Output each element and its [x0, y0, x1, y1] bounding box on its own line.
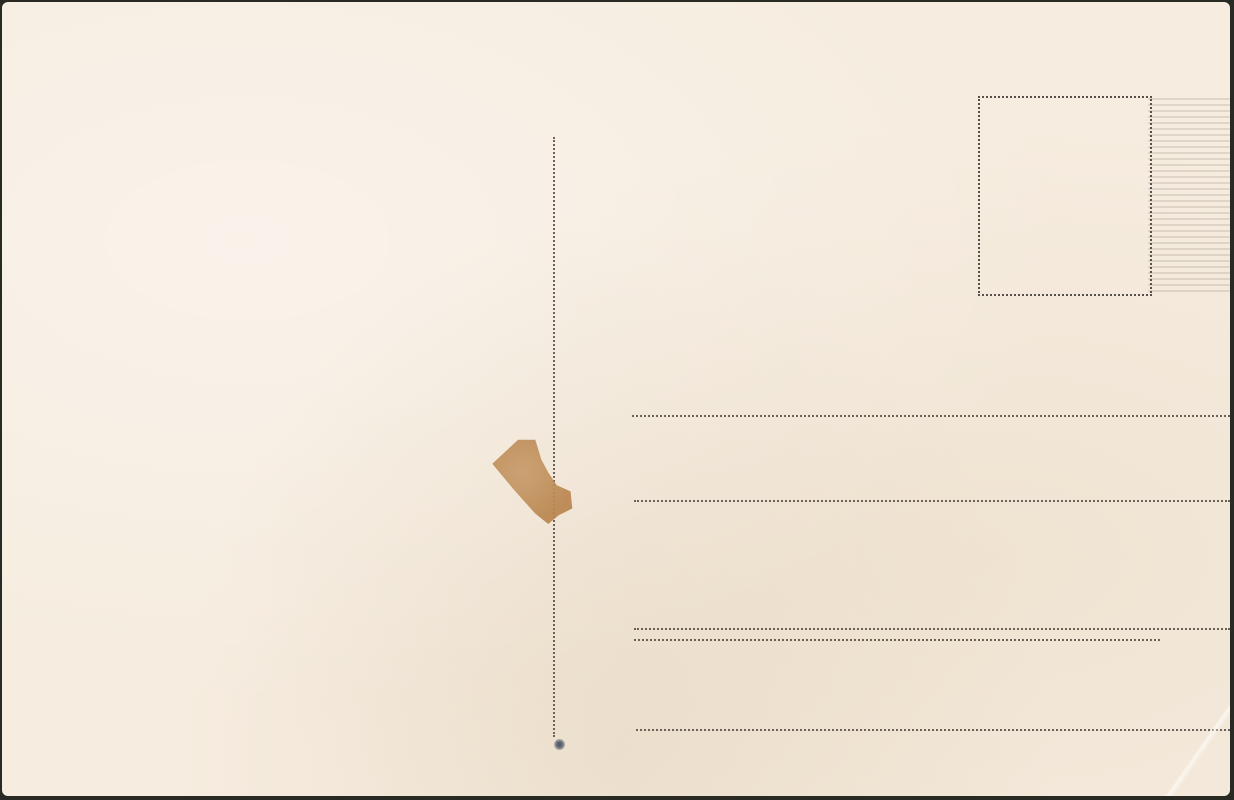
address-line-3: [634, 628, 1230, 630]
address-line-1: [632, 415, 1230, 417]
stamp-box-shading: [1148, 98, 1230, 292]
address-line-4: [634, 639, 1160, 641]
vertical-divider: [553, 137, 555, 737]
address-line-5: [636, 729, 1230, 731]
adhesive-stain: [488, 438, 574, 524]
corner-crease: [1150, 676, 1230, 796]
printer-mark-icon: [554, 739, 565, 750]
address-line-2: [634, 500, 1230, 502]
stamp-box: [978, 96, 1152, 296]
postcard-back: [2, 2, 1230, 796]
